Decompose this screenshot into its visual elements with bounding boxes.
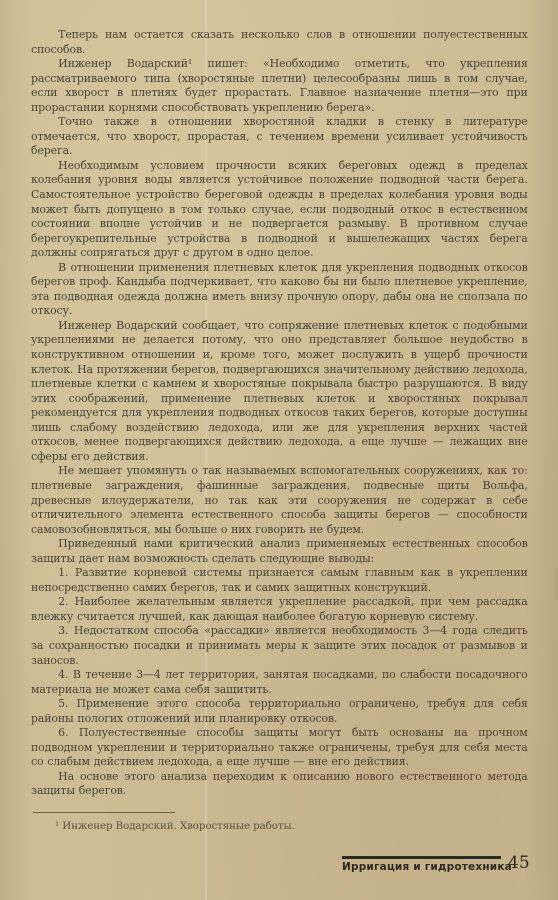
conclusion-item-6: 6. Полуестественные способы защиты могут… xyxy=(31,726,528,770)
paragraph: Инженер Водарский сообщает, что сопряжен… xyxy=(31,319,528,464)
conclusion-item-5: 5. Применение этого способа территориаль… xyxy=(31,697,528,726)
conclusion-item-1: 1. Развитие корневой системы признается … xyxy=(31,566,528,595)
paragraph: Необходимым условием прочности всяких бе… xyxy=(31,159,528,261)
page-body: Теперь нам остается сказать несколько сл… xyxy=(31,28,528,799)
footnote-divider xyxy=(33,812,175,813)
paragraph: Приведенный нами критический анализ прим… xyxy=(31,537,528,566)
paragraph: Точно также в отношении хворостяной клад… xyxy=(31,115,528,159)
paragraph: Не мешает упомянуть о так называемых всп… xyxy=(31,464,528,537)
paragraph: Теперь нам остается сказать несколько сл… xyxy=(31,28,528,57)
paragraph: Инженер Водарский¹ пишет: «Необходимо от… xyxy=(31,57,528,115)
conclusion-item-4: 4. В течение 3—4 лет территория, занятая… xyxy=(31,668,528,697)
paragraph: В отношении применения плетневых клеток … xyxy=(31,261,528,319)
footer-divider xyxy=(342,856,501,859)
journal-title: Ирригация и гидротехника xyxy=(342,861,512,873)
conclusion-item-2: 2. Наиболее желательным является укрепле… xyxy=(31,595,528,624)
paragraph: На основе этого анализа переходим к опис… xyxy=(31,770,528,799)
page-number: 45 xyxy=(508,853,530,873)
footnote: ¹ Инженер Водарский. Хворостяные работы. xyxy=(55,820,295,832)
conclusion-item-3: 3. Недостатком способа «рассадки» являет… xyxy=(31,624,528,668)
